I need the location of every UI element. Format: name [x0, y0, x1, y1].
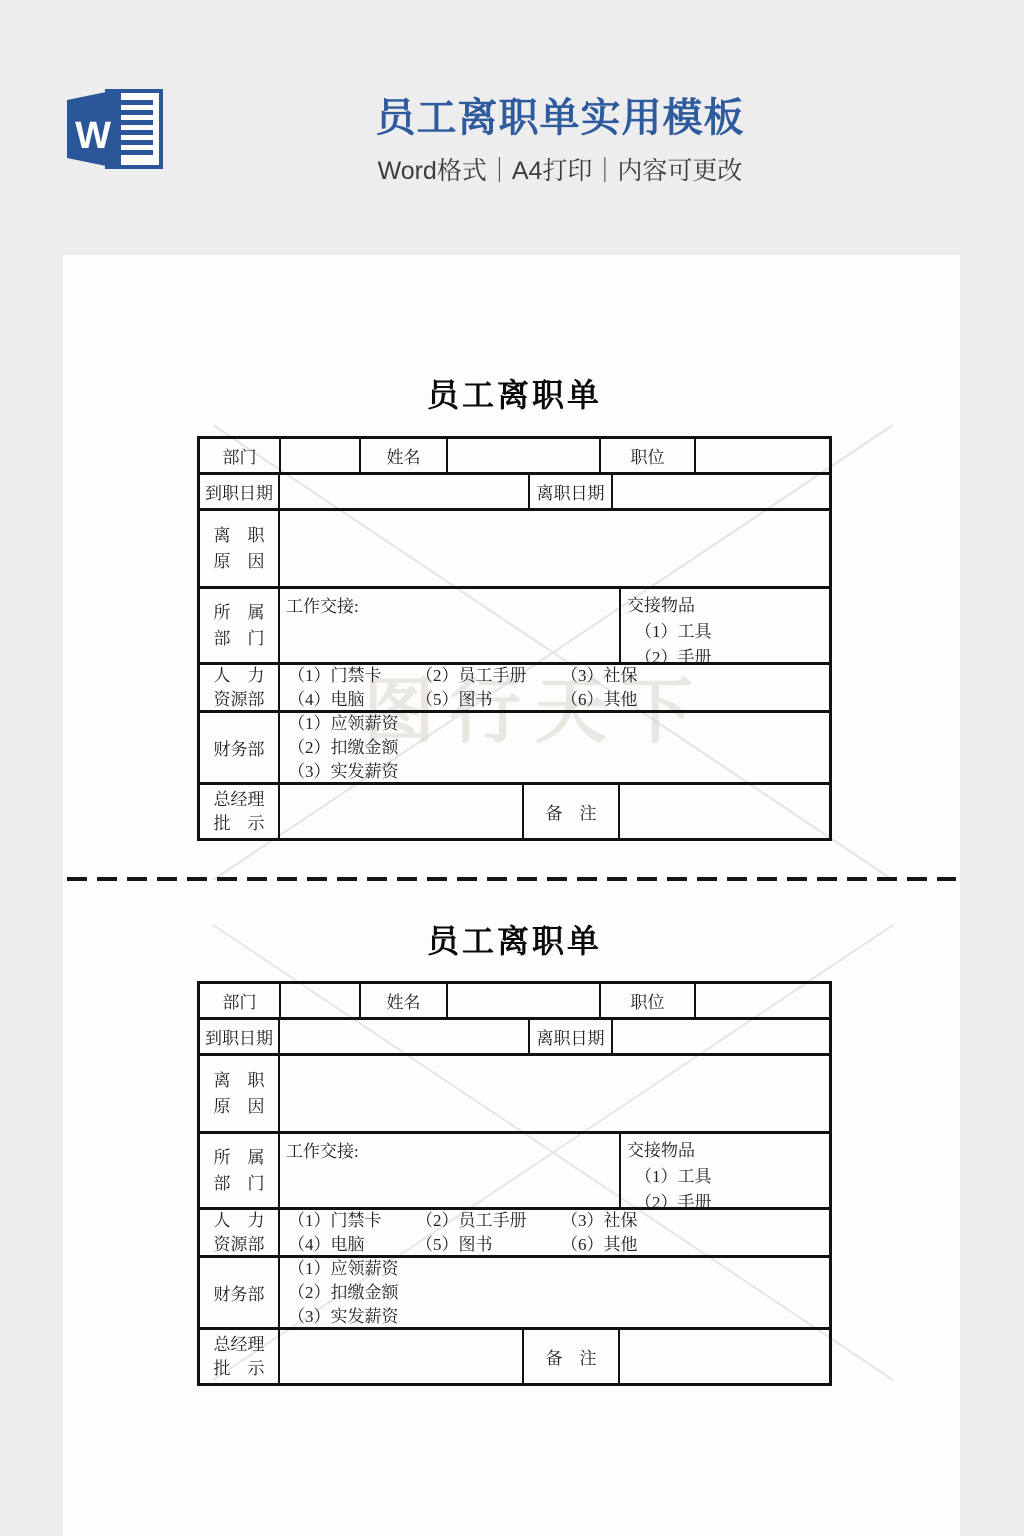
resignation-form-table: 部门 姓名 职位 到职日期 离职日期 离 职 原 因: [197, 436, 832, 841]
reason-label-line2: 原 因: [214, 549, 265, 575]
end-date-label-cell: 离职日期: [530, 475, 613, 508]
page-title: 员工离职单实用模板: [250, 94, 870, 142]
table-row: 财务部 （1）应领薪资 （2）扣缴金额 （3）实发薪资: [200, 713, 829, 785]
hr-item-2: （2）员工手册: [416, 1210, 561, 1233]
finance-item-2: （2）扣缴金额: [288, 1281, 821, 1305]
reason-value-cell: [280, 1056, 829, 1131]
hr-item-1: （1）门禁卡: [288, 665, 416, 688]
table-row: 总经理 批 示 备 注: [200, 1330, 829, 1383]
remark-label-cell: 备 注: [524, 785, 620, 838]
table-row: 离 职 原 因: [200, 1056, 829, 1134]
gm-approval-value-cell: [280, 785, 524, 838]
table-row: 财务部 （1）应领薪资 （2）扣缴金额 （3）实发薪资: [200, 1258, 829, 1330]
reason-value-cell: [280, 511, 829, 586]
remark-label-cell: 备 注: [524, 1330, 620, 1383]
template-preview-canvas: W 员工离职单实用模板 Word格式｜A4打印｜内容可更改 图行天下 员工离职单…: [0, 0, 1024, 1536]
position-label: 职位: [631, 988, 665, 1013]
end-date-label: 离职日期: [537, 479, 605, 504]
table-row: 人 力 资源部 （1）门禁卡 （2）员工手册 （3）社保 （4）电脑 （5）图书…: [200, 665, 829, 713]
position-label-cell: 职位: [601, 439, 696, 472]
form-title: 员工离职单: [197, 923, 832, 959]
reason-label-cell: 离 职 原 因: [200, 511, 280, 586]
remark-value-cell: [620, 1330, 829, 1383]
table-row: 总经理 批 示 备 注: [200, 785, 829, 838]
position-value-cell: [696, 984, 829, 1017]
position-label-cell: 职位: [601, 984, 696, 1017]
gm-approval-value-cell: [280, 1330, 524, 1383]
handover-item-2: （2）手册: [627, 1190, 823, 1207]
document-page: 图行天下 员工离职单 部门 姓名 职位 到职日期 离职日期: [63, 255, 960, 1536]
handover-items-cell: 交接物品 （1）工具 （2）手册: [621, 1134, 829, 1207]
reason-label-line1: 离 职: [214, 1068, 265, 1094]
hr-items-line1: （1）门禁卡 （2）员工手册 （3）社保: [288, 1210, 821, 1233]
handover-cell: 工作交接:: [280, 589, 621, 662]
hr-item-6: （6）其他: [561, 688, 638, 711]
own-dept-label-cell: 所 属 部 门: [200, 1134, 280, 1207]
hr-dept-label-line2: 资源部: [214, 688, 265, 711]
hr-items-cell: （1）门禁卡 （2）员工手册 （3）社保 （4）电脑 （5）图书 （6）其他: [280, 1210, 829, 1255]
finance-item-3: （3）实发薪资: [288, 760, 821, 783]
own-dept-label-line1: 所 属: [214, 600, 265, 626]
table-row: 离 职 原 因: [200, 511, 829, 589]
own-dept-label-line1: 所 属: [214, 1145, 265, 1171]
dept-label-cell: 部门: [200, 984, 281, 1017]
hr-items-line2: （4）电脑 （5）图书 （6）其他: [288, 1233, 821, 1256]
start-date-label-cell: 到职日期: [200, 475, 280, 508]
gm-approval-label-line1: 总经理: [214, 1333, 265, 1357]
table-row: 到职日期 离职日期: [200, 1020, 829, 1056]
word-icon-graphic: W: [63, 86, 167, 172]
gm-approval-label-line2: 批 示: [214, 812, 265, 836]
remark-value-cell: [620, 785, 829, 838]
dept-label: 部门: [223, 443, 257, 468]
reason-label-cell: 离 职 原 因: [200, 1056, 280, 1131]
form-title: 员工离职单: [197, 377, 832, 413]
start-date-value-cell: [280, 475, 530, 508]
finance-item-1: （1）应领薪资: [288, 1258, 821, 1281]
finance-dept-label: 财务部: [214, 735, 265, 760]
remark-label: 备 注: [546, 1344, 597, 1369]
finance-dept-label-cell: 财务部: [200, 713, 280, 782]
end-date-label-cell: 离职日期: [530, 1020, 613, 1053]
name-value-cell: [448, 439, 601, 472]
finance-dept-label: 财务部: [214, 1280, 265, 1305]
handover-item-1: （1）工具: [627, 1164, 823, 1190]
handover-label: 工作交接:: [286, 594, 613, 620]
hr-dept-label-cell: 人 力 资源部: [200, 1210, 280, 1255]
handover-items-cell: 交接物品 （1）工具 （2）手册: [621, 589, 829, 662]
name-label-cell: 姓名: [361, 984, 448, 1017]
start-date-label: 到职日期: [205, 479, 273, 504]
reason-label-line2: 原 因: [214, 1094, 265, 1120]
hr-item-3: （3）社保: [561, 665, 638, 688]
hr-items-line1: （1）门禁卡 （2）员工手册 （3）社保: [288, 665, 821, 688]
position-label: 职位: [631, 443, 665, 468]
start-date-label: 到职日期: [205, 1024, 273, 1049]
hr-item-6: （6）其他: [561, 1233, 638, 1256]
name-label: 姓名: [387, 443, 421, 468]
hr-item-2: （2）员工手册: [416, 665, 561, 688]
reason-label-line1: 离 职: [214, 523, 265, 549]
page-subtitle: Word格式｜A4打印｜内容可更改: [250, 154, 870, 188]
start-date-label-cell: 到职日期: [200, 1020, 280, 1053]
name-value-cell: [448, 984, 601, 1017]
handover-item-1: （1）工具: [627, 619, 823, 645]
name-label-cell: 姓名: [361, 439, 448, 472]
end-date-label: 离职日期: [537, 1024, 605, 1049]
finance-dept-label-cell: 财务部: [200, 1258, 280, 1327]
own-dept-label-line2: 部 门: [214, 1171, 265, 1197]
gm-approval-label-cell: 总经理 批 示: [200, 1330, 280, 1383]
hr-dept-label-line1: 人 力: [214, 665, 265, 688]
hr-item-1: （1）门禁卡: [288, 1210, 416, 1233]
resignation-form-table: 部门 姓名 职位 到职日期 离职日期 离 职 原 因: [197, 981, 832, 1386]
table-row: 所 属 部 门 工作交接: 交接物品 （1）工具 （2）手册: [200, 1134, 829, 1210]
gm-approval-label-cell: 总经理 批 示: [200, 785, 280, 838]
table-row: 人 力 资源部 （1）门禁卡 （2）员工手册 （3）社保 （4）电脑 （5）图书…: [200, 1210, 829, 1258]
hr-items-line2: （4）电脑 （5）图书 （6）其他: [288, 688, 821, 711]
table-row: 所 属 部 门 工作交接: 交接物品 （1）工具 （2）手册: [200, 589, 829, 665]
finance-item-1: （1）应领薪资: [288, 713, 821, 736]
handover-items-title: 交接物品: [627, 1138, 823, 1164]
dept-label-cell: 部门: [200, 439, 281, 472]
hr-dept-label-cell: 人 力 资源部: [200, 665, 280, 710]
gm-approval-label-line1: 总经理: [214, 788, 265, 812]
finance-item-3: （3）实发薪资: [288, 1305, 821, 1328]
hr-item-5: （5）图书: [416, 1233, 561, 1256]
hr-items-cell: （1）门禁卡 （2）员工手册 （3）社保 （4）电脑 （5）图书 （6）其他: [280, 665, 829, 710]
handover-items-title: 交接物品: [627, 593, 823, 619]
finance-item-2: （2）扣缴金额: [288, 736, 821, 760]
end-date-value-cell: [613, 475, 829, 508]
name-label: 姓名: [387, 988, 421, 1013]
end-date-value-cell: [613, 1020, 829, 1053]
start-date-value-cell: [280, 1020, 530, 1053]
cut-line: [67, 877, 956, 881]
hr-dept-label-line1: 人 力: [214, 1210, 265, 1233]
word-icon-letter: W: [75, 115, 111, 157]
finance-items-cell: （1）应领薪资 （2）扣缴金额 （3）实发薪资: [280, 1258, 829, 1327]
dept-label: 部门: [223, 988, 257, 1013]
hr-item-3: （3）社保: [561, 1210, 638, 1233]
table-row: 部门 姓名 职位: [200, 439, 829, 475]
dept-value-cell: [281, 984, 361, 1017]
hr-item-4: （4）电脑: [288, 1233, 416, 1256]
own-dept-label-cell: 所 属 部 门: [200, 589, 280, 662]
dept-value-cell: [281, 439, 361, 472]
remark-label: 备 注: [546, 799, 597, 824]
gm-approval-label-line2: 批 示: [214, 1357, 265, 1381]
hr-item-5: （5）图书: [416, 688, 561, 711]
table-row: 部门 姓名 职位: [200, 984, 829, 1020]
hr-item-4: （4）电脑: [288, 688, 416, 711]
handover-label: 工作交接:: [286, 1139, 613, 1165]
finance-items-cell: （1）应领薪资 （2）扣缴金额 （3）实发薪资: [280, 713, 829, 782]
handover-cell: 工作交接:: [280, 1134, 621, 1207]
hr-dept-label-line2: 资源部: [214, 1233, 265, 1256]
handover-item-2: （2）手册: [627, 645, 823, 662]
table-row: 到职日期 离职日期: [200, 475, 829, 511]
position-value-cell: [696, 439, 829, 472]
own-dept-label-line2: 部 门: [214, 626, 265, 652]
word-icon: W: [63, 86, 167, 172]
